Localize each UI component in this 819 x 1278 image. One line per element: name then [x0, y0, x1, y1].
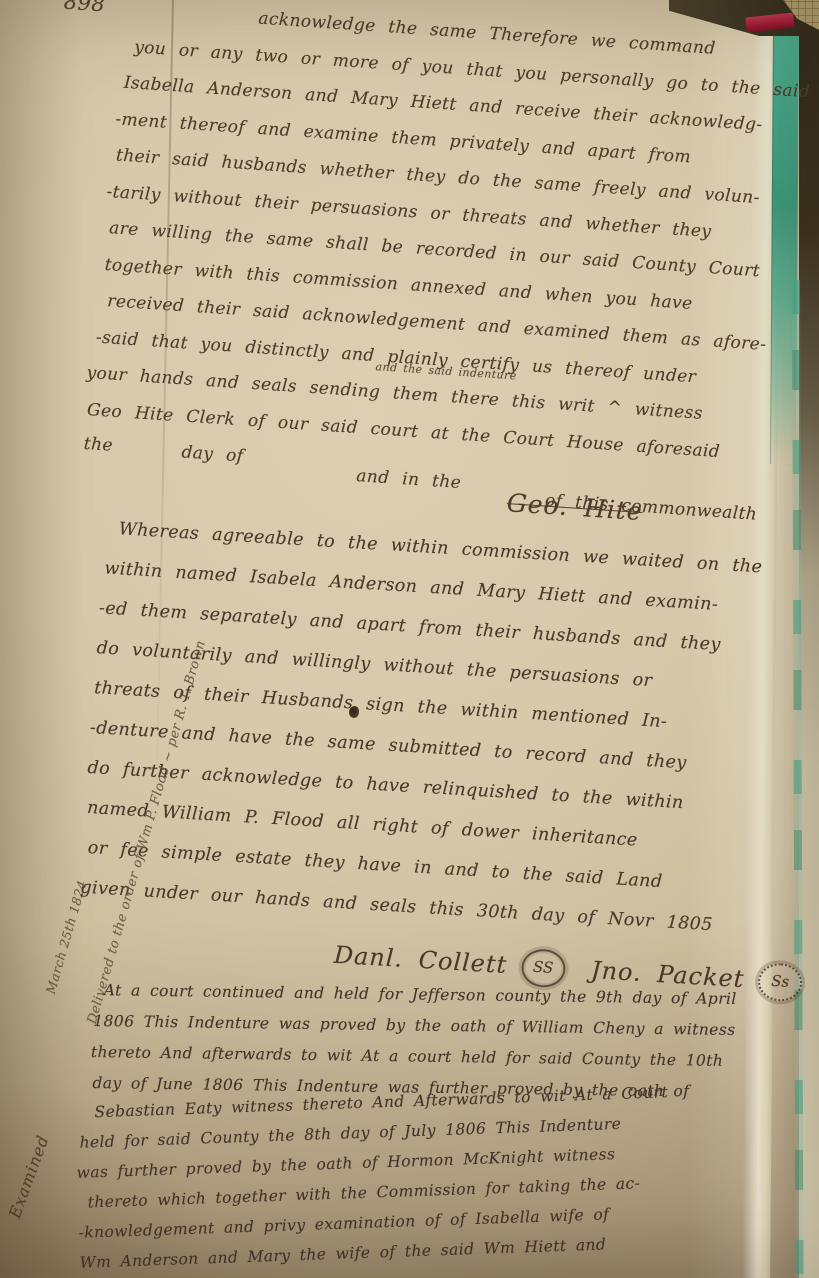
- date-blank-and-in-the: and in the: [356, 466, 462, 493]
- court-record-section-lower: Sebastian Eaty witness thereto And After…: [72, 1072, 818, 1278]
- commission-section: acknowledge the same Therefore we comman…: [67, 0, 819, 537]
- examination-section: Whereas agreeable to the within commissi…: [71, 508, 817, 1002]
- manuscript-photo: 898 acknowledge the same Therefore we co…: [0, 0, 819, 1278]
- date-blank-day-of: day of: [181, 442, 244, 466]
- date-blank-the: the: [83, 434, 113, 456]
- signer-name: Danl. Collett: [333, 940, 508, 978]
